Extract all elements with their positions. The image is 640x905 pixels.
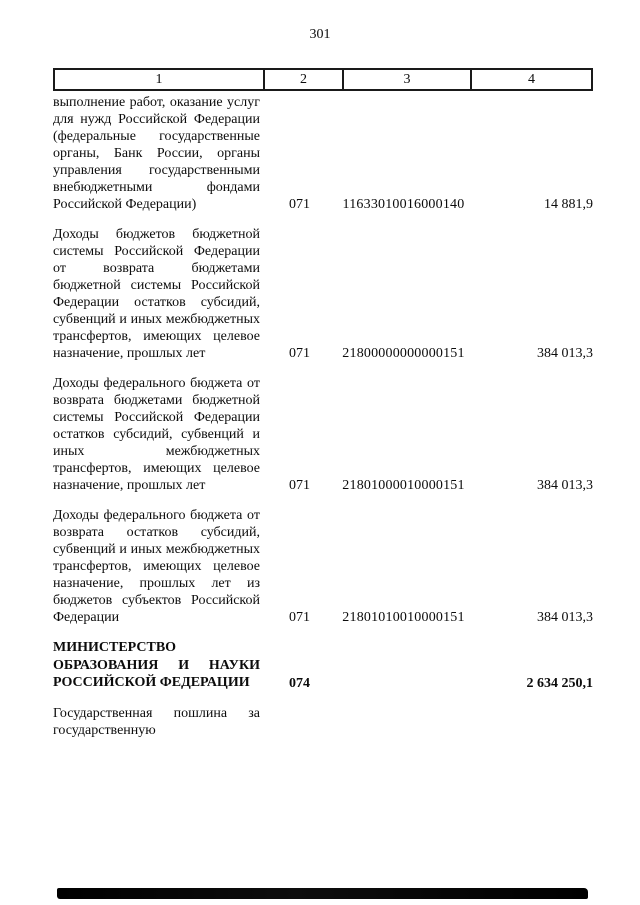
row-administrator-code: 071 bbox=[260, 609, 339, 626]
row-amount: 384 013,3 bbox=[468, 345, 593, 362]
row-administrator-code: 074 bbox=[260, 675, 339, 692]
table-row: Доходы федерального бюджета от возврата … bbox=[53, 375, 593, 494]
row-description: МИНИСТЕРСТВО ОБРАЗОВАНИЯ И НАУКИ РОССИЙС… bbox=[53, 639, 260, 692]
table-row: Доходы бюджетов бюджетной системы Россий… bbox=[53, 226, 593, 362]
table-row: выполнение работ, оказание услуг для нуж… bbox=[53, 94, 593, 213]
row-description: Доходы федерального бюджета от возврата … bbox=[53, 375, 260, 494]
row-administrator-code: 071 bbox=[260, 345, 339, 362]
header-cell-2: 2 bbox=[263, 70, 344, 89]
page-number: 301 bbox=[0, 0, 640, 43]
table-header-row: 1 2 3 4 bbox=[53, 68, 593, 91]
table-row: Доходы федерального бюджета от возврата … bbox=[53, 507, 593, 626]
row-amount: 2 634 250,1 bbox=[468, 675, 593, 692]
header-cell-1: 1 bbox=[55, 70, 263, 89]
row-description: Доходы бюджетов бюджетной системы Россий… bbox=[53, 226, 260, 362]
row-classification-code: 21801000010000151 bbox=[339, 477, 468, 494]
row-amount: 14 881,9 bbox=[468, 196, 593, 213]
table-body: выполнение работ, оказание услуг для нуж… bbox=[53, 94, 593, 739]
budget-table: 1 2 3 4 выполнение работ, оказание услуг… bbox=[53, 68, 593, 739]
table-row: Государственная пошлина за государственн… bbox=[53, 705, 593, 739]
row-amount: 384 013,3 bbox=[468, 477, 593, 494]
row-description: Государственная пошлина за государственн… bbox=[53, 705, 260, 739]
scan-edge-artifact bbox=[57, 888, 588, 899]
table-row: МИНИСТЕРСТВО ОБРАЗОВАНИЯ И НАУКИ РОССИЙС… bbox=[53, 639, 593, 692]
row-classification-code: 11633010016000140 bbox=[339, 196, 468, 213]
row-classification-code: 21801010010000151 bbox=[339, 609, 468, 626]
row-administrator-code: 071 bbox=[260, 477, 339, 494]
header-cell-4: 4 bbox=[472, 70, 591, 89]
header-cell-3: 3 bbox=[344, 70, 472, 89]
row-amount: 384 013,3 bbox=[468, 609, 593, 626]
row-description: выполнение работ, оказание услуг для нуж… bbox=[53, 94, 260, 213]
row-description: Доходы федерального бюджета от возврата … bbox=[53, 507, 260, 626]
row-administrator-code: 071 bbox=[260, 196, 339, 213]
row-classification-code: 21800000000000151 bbox=[339, 345, 468, 362]
